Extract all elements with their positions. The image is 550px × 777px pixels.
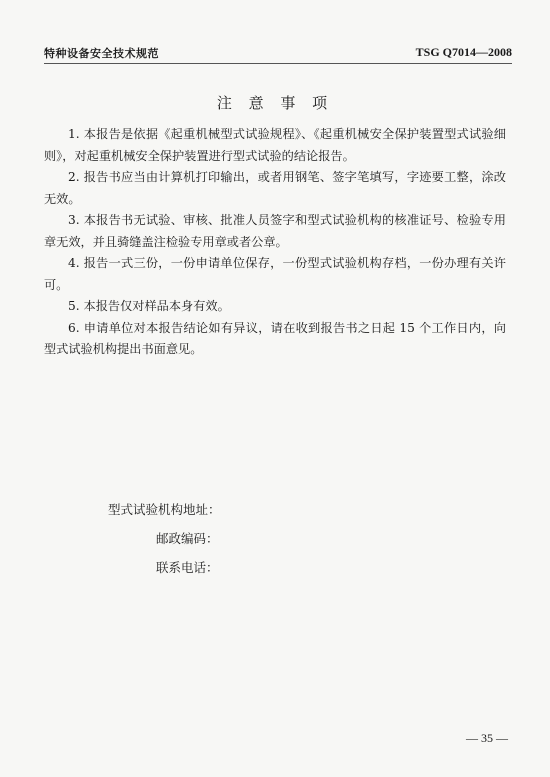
notice-item-2: 2. 报告书应当由计算机打印输出，或者用钢笔、签字笔填写，字迹要工整，涂改无效。 (44, 167, 506, 210)
notice-list: 1. 本报告是依据《起重机械型式试验规程》、《起重机械安全保护装置型式试验细则》… (44, 124, 506, 361)
contact-block: 型式试验机构地址： 邮政编码： 联系电话： (108, 500, 221, 587)
notice-item-3: 3. 本报告书无试验、审核、批准人员签字和型式试验机构的核准证号、检验专用章无效… (44, 210, 506, 253)
notice-item-6: 6. 申请单位对本报告结论如有异议，请在收到报告书之日起 15 个工作日内，向型… (44, 318, 506, 361)
phone-label: 联系电话： (108, 558, 221, 587)
page-number: — 35 — (466, 731, 508, 746)
page-header: 特种设备安全技术规范 TSG Q7014—2008 (44, 43, 512, 64)
institution-address-label: 型式试验机构地址： (108, 500, 221, 529)
notice-item-5: 5. 本报告仅对样品本身有效。 (44, 296, 506, 318)
standard-code: TSG Q7014—2008 (416, 45, 512, 60)
notice-item-1: 1. 本报告是依据《起重机械型式试验规程》、《起重机械安全保护装置型式试验细则》… (44, 124, 506, 167)
notice-title: 注 意 事 项 (0, 92, 550, 113)
notice-item-4: 4. 报告一式三份，一份申请单位保存，一份型式试验机构存档，一份办理有关许可。 (44, 253, 506, 296)
standard-category-label: 特种设备安全技术规范 (44, 45, 159, 61)
postcode-label: 邮政编码： (108, 529, 221, 558)
